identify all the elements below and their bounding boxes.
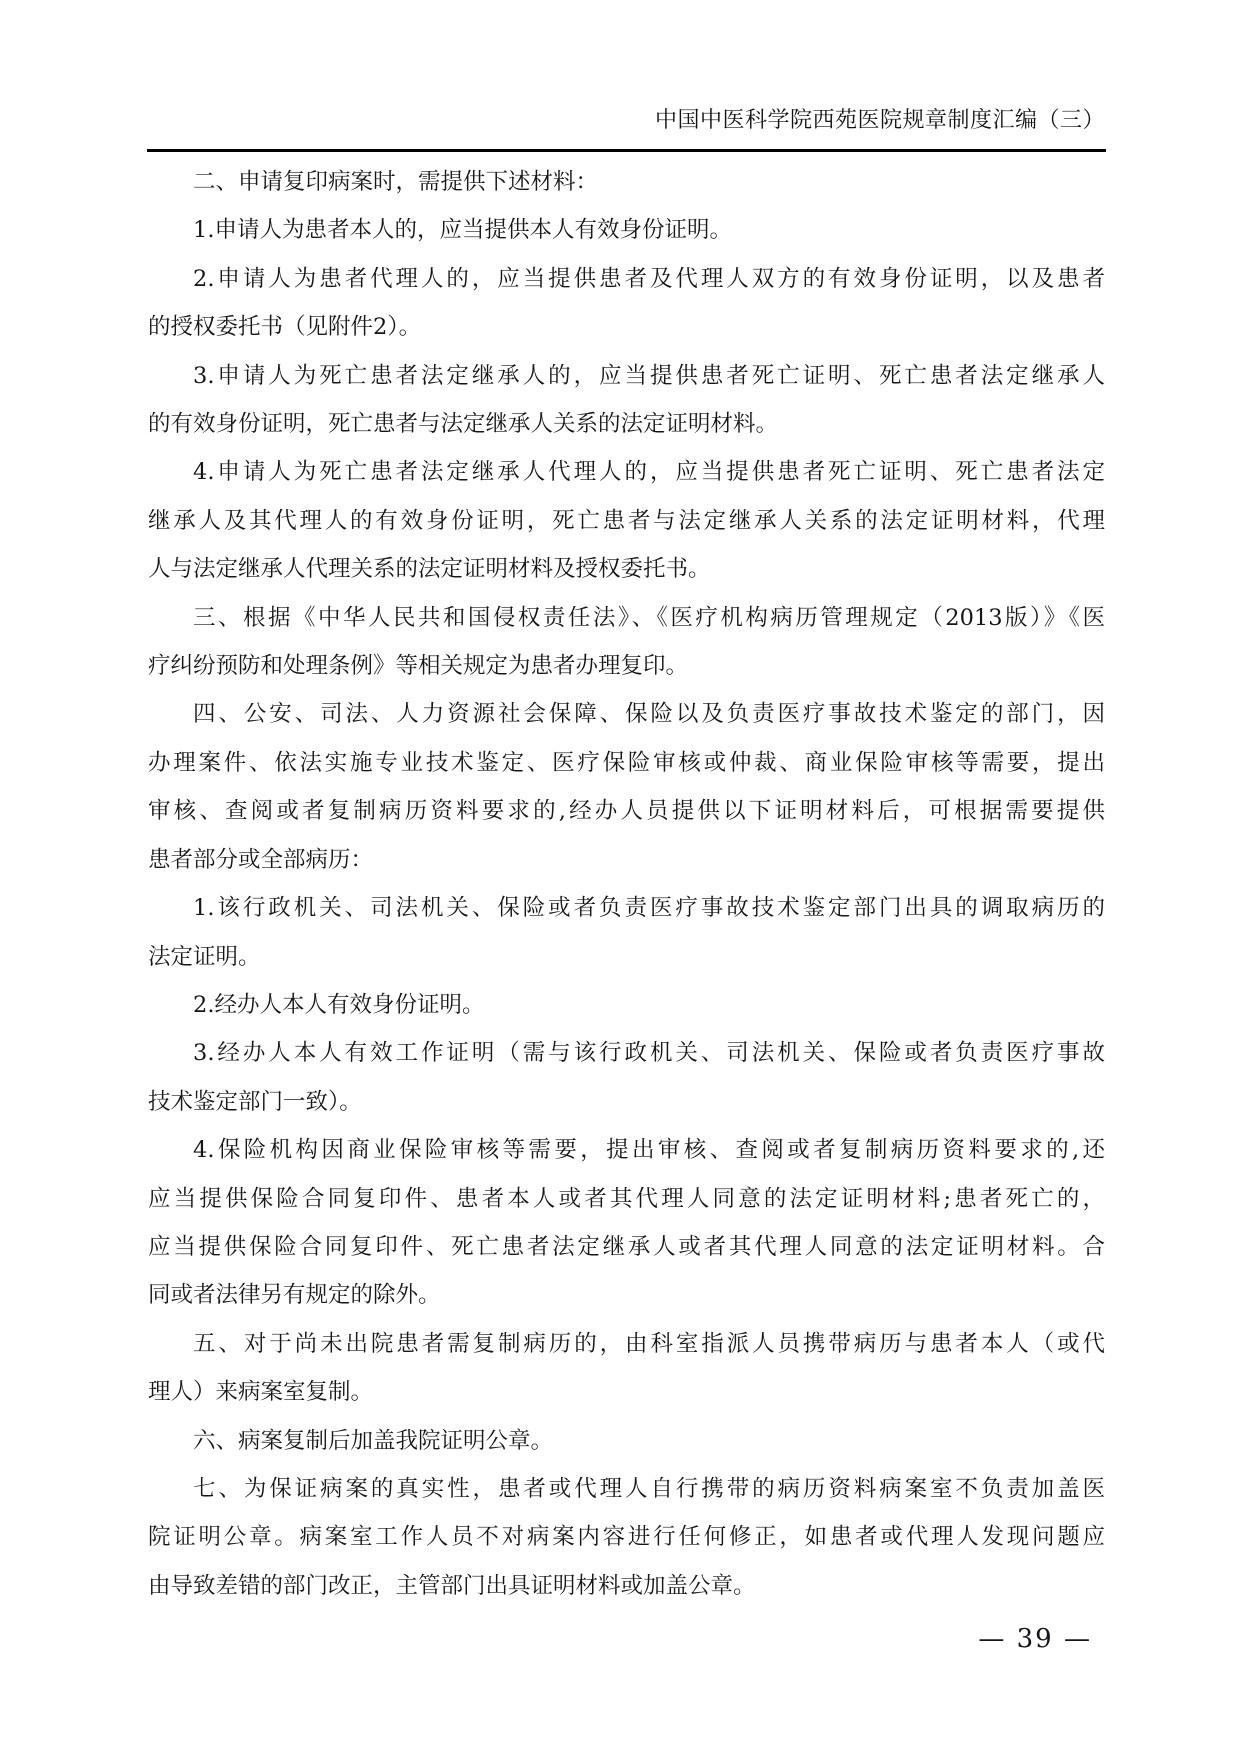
text-line: 法定证明。 [148,933,1105,981]
paragraph: 1.该行政机关、司法机关、保险或者负责医疗事故技术鉴定部门出具的调取病历的法定证… [148,884,1105,981]
text-line: 院证明公章。病案室工作人员不对病案内容进行任何修正，如患者或代理人发现问题应 [148,1513,1105,1561]
text-line: 1.该行政机关、司法机关、保险或者负责医疗事故技术鉴定部门出具的调取病历的 [148,884,1105,932]
text-line: 同或者法律另有规定的除外。 [148,1271,1105,1319]
text-line: 应当提供保险合同复印件、患者本人或者其代理人同意的法定证明材料;患者死亡的， [148,1175,1105,1223]
text-line: 4.保险机构因商业保险审核等需要，提出审核、查阅或者复制病历资料要求的,还 [148,1126,1105,1174]
document-page: 中国中医科学院西苑医院规章制度汇编（三） 二、申请复印病案时，需提供下述材料：1… [0,0,1240,1754]
text-line: 办理案件、依法实施专业技术鉴定、医疗保险审核或仲裁、商业保险审核等需要，提出 [148,739,1105,787]
paragraph: 二、申请复印病案时，需提供下述材料： [148,158,1105,206]
text-line: 技术鉴定部门一致）。 [148,1078,1105,1126]
text-line: 2.申请人为患者代理人的，应当提供患者及代理人双方的有效身份证明，以及患者 [148,255,1105,303]
text-line: 审核、查阅或者复制病历资料要求的,经办人员提供以下证明材料后，可根据需要提供 [148,787,1105,835]
text-line: 继承人及其代理人的有效身份证明，死亡患者与法定继承人关系的法定证明材料，代理 [148,497,1105,545]
paragraph: 3.申请人为死亡患者法定继承人的，应当提供患者死亡证明、死亡患者法定继承人的有效… [148,352,1105,449]
paragraph: 六、病案复制后加盖我院证明公章。 [148,1417,1105,1465]
text-line: 2.经办人本人有效身份证明。 [148,981,1105,1029]
text-line: 的授权委托书（见附件2）。 [148,303,1105,351]
text-line: 1.申请人为患者本人的，应当提供本人有效身份证明。 [148,206,1105,254]
text-line: 患者部分或全部病历： [148,836,1105,884]
text-line: 由导致差错的部门改正，主管部门出具证明材料或加盖公章。 [148,1562,1105,1610]
paragraph: 2.申请人为患者代理人的，应当提供患者及代理人双方的有效身份证明，以及患者的授权… [148,255,1105,352]
text-line: 人与法定继承人代理关系的法定证明材料及授权委托书。 [148,545,1105,593]
running-header-title: 中国中医科学院西苑医院规章制度汇编（三） [148,104,1105,138]
text-line: 4.申请人为死亡患者法定继承人代理人的，应当提供患者死亡证明、死亡患者法定 [148,448,1105,496]
paragraph: 2.经办人本人有效身份证明。 [148,981,1105,1029]
paragraph: 七、为保证病案的真实性，患者或代理人自行携带的病历资料病案室不负责加盖医院证明公… [148,1465,1105,1610]
text-line: 理人）来病案室复制。 [148,1368,1105,1416]
paragraph: 4.申请人为死亡患者法定继承人代理人的，应当提供患者死亡证明、死亡患者法定继承人… [148,448,1105,593]
text-line: 五、对于尚未出院患者需复制病历的，由科室指派人员携带病历与患者本人（或代 [148,1320,1105,1368]
header-rule [147,149,1106,152]
text-line: 二、申请复印病案时，需提供下述材料： [148,158,1105,206]
text-line: 六、病案复制后加盖我院证明公章。 [148,1417,1105,1465]
text-line: 3.申请人为死亡患者法定继承人的，应当提供患者死亡证明、死亡患者法定继承人 [148,352,1105,400]
document-body: 二、申请复印病案时，需提供下述材料：1.申请人为患者本人的，应当提供本人有效身份… [148,158,1105,1610]
text-line: 三、根据《中华人民共和国侵权责任法》、《医疗机构病历管理规定（2013版）》《医 [148,594,1105,642]
text-line: 3.经办人本人有效工作证明（需与该行政机关、司法机关、保险或者负责医疗事故 [148,1029,1105,1077]
text-line: 的有效身份证明，死亡患者与法定继承人关系的法定证明材料。 [148,400,1105,448]
text-line: 四、公安、司法、人力资源社会保障、保险以及负责医疗事故技术鉴定的部门，因 [148,690,1105,738]
paragraph: 3.经办人本人有效工作证明（需与该行政机关、司法机关、保险或者负责医疗事故技术鉴… [148,1029,1105,1126]
paragraph: 1.申请人为患者本人的，应当提供本人有效身份证明。 [148,206,1105,254]
text-line: 疗纠纷预防和处理条例》等相关规定为患者办理复印。 [148,642,1105,690]
paragraph: 三、根据《中华人民共和国侵权责任法》、《医疗机构病历管理规定（2013版）》《医… [148,594,1105,691]
paragraph: 五、对于尚未出院患者需复制病历的，由科室指派人员携带病历与患者本人（或代理人）来… [148,1320,1105,1417]
page-number: — 39 — [148,1622,1092,1656]
text-line: 应当提供保险合同复印件、死亡患者法定继承人或者其代理人同意的法定证明材料。合 [148,1223,1105,1271]
paragraph: 4.保险机构因商业保险审核等需要，提出审核、查阅或者复制病历资料要求的,还应当提… [148,1126,1105,1320]
paragraph: 四、公安、司法、人力资源社会保障、保险以及负责医疗事故技术鉴定的部门，因办理案件… [148,690,1105,884]
text-line: 七、为保证病案的真实性，患者或代理人自行携带的病历资料病案室不负责加盖医 [148,1465,1105,1513]
